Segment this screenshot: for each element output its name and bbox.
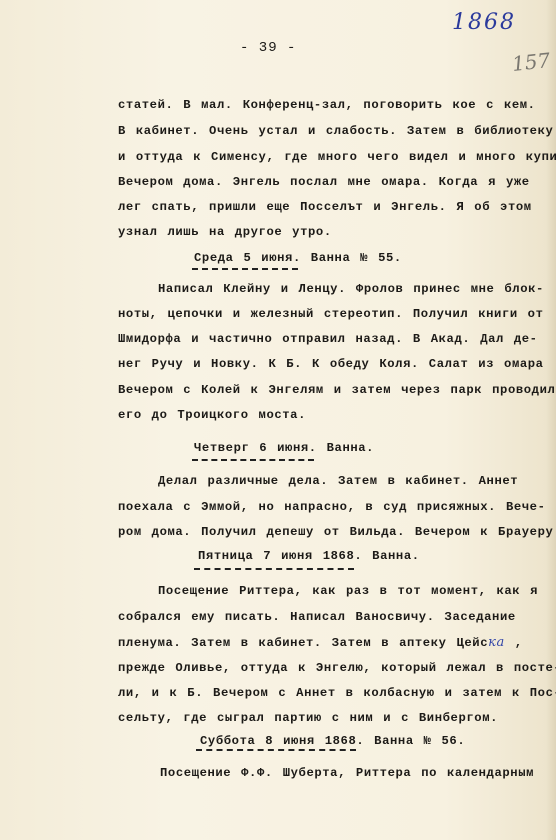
text-line: нег Ручу и Новку. К Б. К обеду Коля. Сал…: [118, 357, 556, 371]
text-segment: пленума. Затем в кабинет. Затем в аптеку…: [118, 636, 488, 650]
text-line: собрался ему писать. Написал Ваносвичу. …: [118, 610, 516, 624]
page-number: - 39 -: [240, 40, 296, 56]
text-line: и оттуда к Сименсу, где много чего видел…: [118, 150, 556, 164]
text-line: узнал лишь на другое утро.: [118, 225, 332, 239]
text-line: поехала с Эммой, но напрасно, в суд прис…: [118, 500, 546, 514]
text-line: пленума. Затем в кабинет. Затем в аптеку…: [118, 635, 523, 650]
text-line: Написал Клейну и Ленцу. Фролов принес мн…: [158, 282, 544, 296]
handwritten-folio-number: 157: [511, 48, 551, 76]
text-line: Вечером с Колей к Энгелям и затем через …: [118, 383, 555, 397]
text-line: статей. В мал. Конференц-зал, поговорить…: [118, 98, 536, 112]
text-line: Вечером дома. Энгель послал мне омара. К…: [118, 175, 530, 189]
text-line: прежде Оливье, оттуда к Энгелю, который …: [118, 661, 556, 675]
text-line: Посещение Риттера, как раз в тот момент,…: [158, 584, 538, 598]
heading-underline: [192, 459, 314, 461]
diary-entry-heading: Суббота 8 июня 1868. Ванна № 56.: [200, 734, 465, 748]
heading-underline: [196, 749, 356, 751]
text-line: Шмидорфа и частично отправил назад. В Ак…: [118, 332, 538, 346]
handwritten-correction: ка: [488, 635, 505, 650]
text-line: сельту, где сыграл партию с ним и с Винб…: [118, 711, 498, 725]
diary-entry-heading: Среда 5 июня. Ванна № 55.: [194, 251, 402, 265]
text-line: В кабинет. Очень устал и слабость. Затем…: [118, 124, 553, 138]
handwritten-year: 1868: [452, 10, 516, 35]
text-line: Делал различные дела. Затем в кабинет. А…: [158, 474, 518, 488]
text-line: ром дома. Получил депешу от Вильда. Вече…: [118, 525, 556, 539]
text-line: ноты, цепочки и железный стереотип. Полу…: [118, 307, 544, 321]
diary-entry-heading: Четверг 6 июня. Ванна.: [194, 441, 374, 455]
diary-entry-heading: Пятница 7 июня 1868. Ванна.: [198, 549, 420, 563]
heading-underline: [194, 568, 354, 570]
text-line: его до Троицкого моста.: [118, 408, 306, 422]
heading-underline: [192, 268, 298, 270]
text-line: лег спать, пришли еще Посселът и Энгель.…: [118, 200, 532, 214]
document-page: - 39 - 1868 157 статей. В мал. Конференц…: [0, 0, 556, 840]
text-line: Посещение Ф.Ф. Шуберта, Риттера по кален…: [160, 766, 534, 780]
text-line: ли, и к Б. Вечером с Аннет в колбасную и…: [118, 686, 556, 700]
text-segment: ,: [505, 636, 523, 650]
